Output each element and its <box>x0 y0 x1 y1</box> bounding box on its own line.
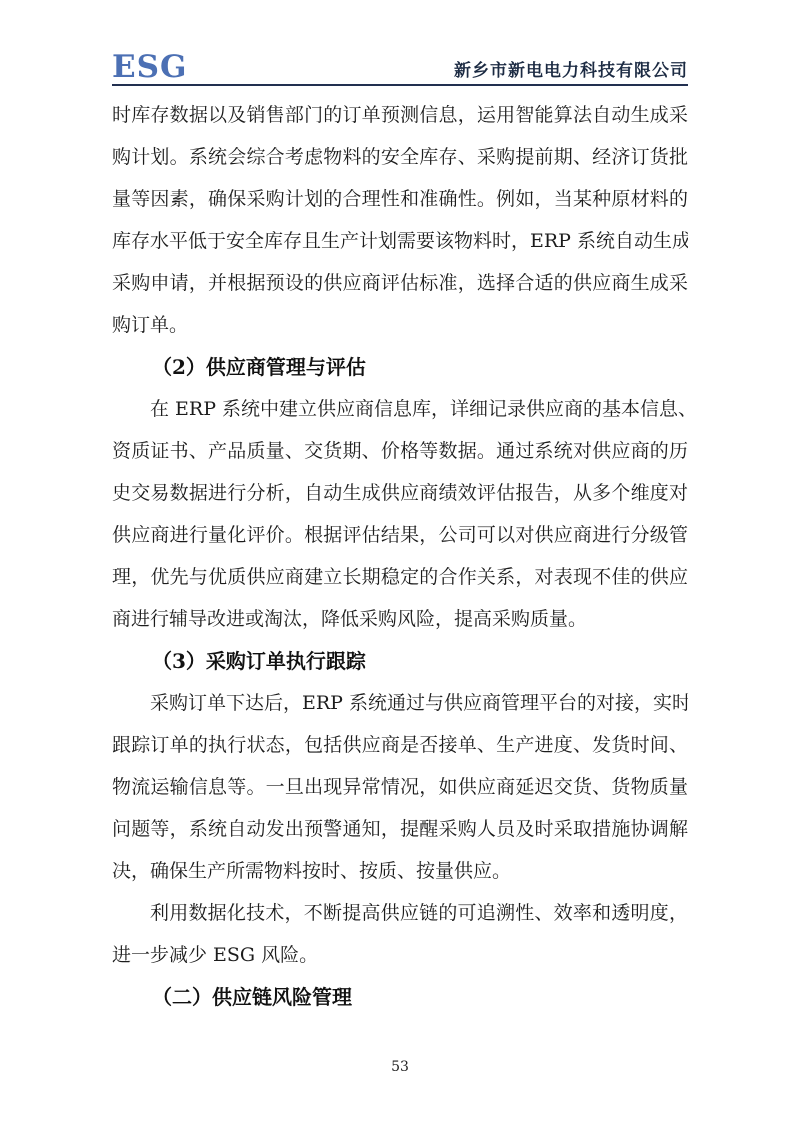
page-header: ESG 新乡市新电电力科技有限公司 <box>112 48 688 84</box>
esg-logo: ESG <box>112 50 188 84</box>
document-page: ESG 新乡市新电电力科技有限公司 时库存数据以及销售部门的订单预测信息，运用智… <box>0 0 800 1131</box>
paragraph-line: 在 ERP 系统中建立供应商信息库，详细记录供应商的基本信息、 <box>112 388 688 430</box>
paragraph-line: 物流运输信息等。一旦出现异常情况，如供应商延迟交货、货物质量 <box>112 766 688 808</box>
paragraph-line: 史交易数据进行分析，自动生成供应商绩效评估报告，从多个维度对 <box>112 472 688 514</box>
page-number: 53 <box>391 1059 409 1075</box>
paragraph-line: 购计划。系统会综合考虑物料的安全库存、采购提前期、经济订货批 <box>112 136 688 178</box>
paragraph-line: 采购订单下达后，ERP 系统通过与供应商管理平台的对接，实时 <box>112 682 688 724</box>
paragraph-line: 采购申请，并根据预设的供应商评估标准，选择合适的供应商生成采 <box>112 262 688 304</box>
section-heading: （3）采购订单执行跟踪 <box>112 640 688 682</box>
paragraph-line: 量等因素，确保采购计划的合理性和准确性。例如，当某种原材料的 <box>112 178 688 220</box>
paragraph-line: 跟踪订单的执行状态，包括供应商是否接单、生产进度、发货时间、 <box>112 724 688 766</box>
header-rule <box>112 84 688 86</box>
section-heading: （二）供应链风险管理 <box>112 976 688 1018</box>
paragraph-line: 供应商进行量化评价。根据评估结果，公司可以对供应商进行分级管 <box>112 514 688 556</box>
paragraph-line: 商进行辅导改进或淘汰，降低采购风险，提高采购质量。 <box>112 598 688 640</box>
paragraph-line: 库存水平低于安全库存且生产计划需要该物料时，ERP 系统自动生成 <box>112 220 688 262</box>
page-footer: 53 <box>0 1059 800 1075</box>
paragraph-line: 购订单。 <box>112 304 688 346</box>
document-body: 时库存数据以及销售部门的订单预测信息，运用智能算法自动生成采购计划。系统会综合考… <box>112 94 688 1018</box>
paragraph-line: 利用数据化技术，不断提高供应链的可追溯性、效率和透明度， <box>112 892 688 934</box>
paragraph-line: 进一步减少 ESG 风险。 <box>112 934 688 976</box>
paragraph-line: 决，确保生产所需物料按时、按质、按量供应。 <box>112 850 688 892</box>
paragraph-line: 问题等，系统自动发出预警通知，提醒采购人员及时采取措施协调解 <box>112 808 688 850</box>
paragraph-line: 资质证书、产品质量、交货期、价格等数据。通过系统对供应商的历 <box>112 430 688 472</box>
paragraph-line: 时库存数据以及销售部门的订单预测信息，运用智能算法自动生成采 <box>112 94 688 136</box>
section-heading: （2）供应商管理与评估 <box>112 346 688 388</box>
paragraph-line: 理，优先与优质供应商建立长期稳定的合作关系，对表现不佳的供应 <box>112 556 688 598</box>
company-name: 新乡市新电电力科技有限公司 <box>454 58 688 84</box>
